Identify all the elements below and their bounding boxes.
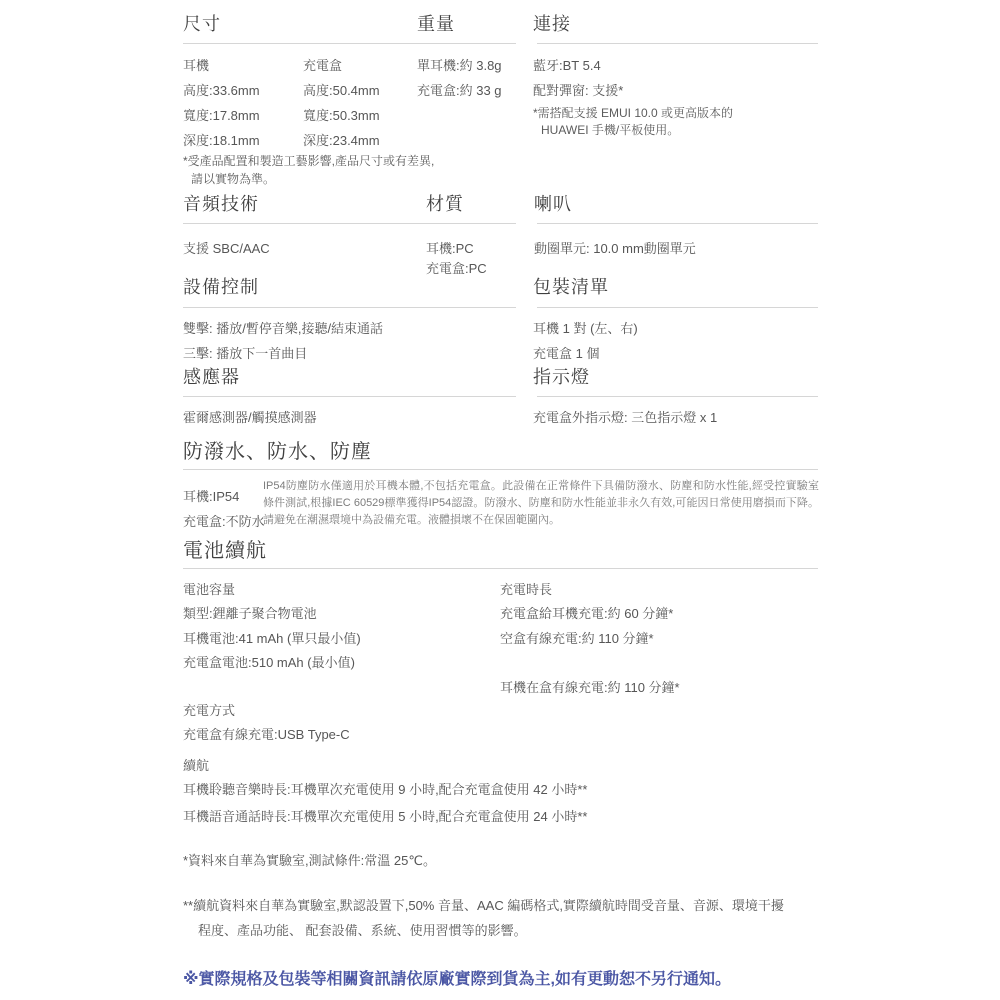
connectivity-note-line1: *需搭配支援 EMUI 10.0 或更高版本的: [533, 104, 733, 121]
battery-empty-case-wired: 空盒有線充電:約 110 分鐘*: [500, 628, 654, 647]
divider: [183, 568, 818, 569]
water-resistance-case: 充電盒:不防水: [183, 511, 265, 530]
dimensions-case-width: 寬度:50.3mm: [303, 105, 380, 124]
dimensions-footnote-line1: *受產品配置和製造工藝影響,產品尺寸或有差異,: [183, 152, 434, 169]
section-title-audio-tech: 音頻技術: [183, 190, 259, 216]
battery-charge-method: 充電盒有線充電:USB Type-C: [183, 724, 350, 743]
material-case: 充電盒:PC: [426, 258, 487, 277]
divider: [537, 307, 818, 308]
battery-earbud-in-case-wired: 耳機在盒有線充電:約 110 分鐘*: [500, 677, 680, 696]
water-resistance-earbud: 耳機:IP54: [183, 486, 239, 505]
section-title-weight: 重量: [417, 10, 455, 36]
device-control-double-tap: 雙擊: 播放/暫停音樂,接聽/結束通話: [183, 318, 383, 337]
section-title-dimensions: 尺寸: [183, 10, 221, 36]
section-title-device-control: 設備控制: [183, 273, 259, 299]
divider: [183, 43, 516, 44]
battery-music-time: 耳機聆聽音樂時長:耳機單次充電使用 9 小時,配合充電盒使用 42 小時**: [183, 779, 587, 798]
dimensions-earbud-label: 耳機: [183, 55, 209, 74]
section-title-speaker: 喇叭: [534, 190, 572, 216]
disclaimer-banner: ※實際規格及包裝等相關資訊請依原廠實際到貨為主,如有更動恕不另行通知。: [183, 966, 731, 989]
divider: [183, 469, 818, 470]
battery-call-time: 耳機語音通話時長:耳機單次充電使用 5 小時,配合充電盒使用 24 小時**: [183, 806, 587, 825]
weight-single-earbud: 單耳機:約 3.8g: [417, 55, 502, 74]
section-title-sensors: 感應器: [183, 363, 240, 389]
audio-tech-codec: 支援 SBC/AAC: [183, 238, 270, 257]
connectivity-note-line2: HUAWEI 手機/平板使用。: [541, 121, 679, 138]
dimensions-case-depth: 深度:23.4mm: [303, 130, 380, 149]
footnote-lab-conditions: *資料來自華為實驗室,測試條件:常溫 25℃。: [183, 850, 436, 869]
dimensions-case-height: 高度:50.4mm: [303, 80, 380, 99]
section-title-connectivity: 連接: [533, 10, 571, 36]
battery-earbud-capacity: 耳機電池:41 mAh (單只最小值): [183, 628, 361, 647]
package-contents-item1: 耳機 1 對 (左、右): [533, 318, 638, 337]
footnote-endurance-line2: 程度、產品功能、 配套設備、系統、使用習慣等的影響。: [198, 920, 527, 939]
speaker-driver: 動圈單元: 10.0 mm動圈單元: [534, 238, 696, 257]
device-control-triple-tap: 三擊: 播放下一首曲目: [183, 343, 307, 362]
battery-charge-method-label: 充電方式: [183, 700, 235, 719]
weight-case: 充電盒:約 33 g: [417, 80, 502, 99]
connectivity-bluetooth: 藍牙:BT 5.4: [533, 55, 601, 74]
section-title-package-contents: 包裝清單: [533, 273, 609, 299]
sensors-list: 霍爾感測器/觸摸感測器: [183, 407, 317, 426]
water-resistance-disclaimer: IP54防塵防水僅適用於耳機本體,不包括充電盒。此設備在正常條件下具備防潑水、防…: [263, 478, 819, 529]
dimensions-footnote-line2: 請以實物為準。: [191, 170, 275, 187]
divider: [183, 396, 516, 397]
divider: [537, 396, 818, 397]
material-earbud: 耳機:PC: [426, 238, 474, 257]
package-contents-item2: 充電盒 1 個: [533, 343, 599, 362]
product-spec-sheet: 尺寸 重量 連接 耳機 充電盒 高度:33.6mm 高度:50.4mm 寬度:1…: [0, 0, 1000, 1000]
dimensions-earbud-width: 寬度:17.8mm: [183, 105, 260, 124]
section-title-material: 材質: [426, 190, 464, 216]
divider: [183, 223, 516, 224]
divider: [537, 223, 818, 224]
battery-endurance-label: 續航: [183, 755, 209, 774]
battery-capacity-type: 類型:鋰離子聚合物電池: [183, 603, 317, 622]
dimensions-earbud-height: 高度:33.6mm: [183, 80, 260, 99]
indicator-case: 充電盒外指示燈: 三色指示燈 x 1: [533, 407, 717, 426]
divider: [537, 43, 818, 44]
dimensions-case-label: 充電盒: [303, 55, 342, 74]
dimensions-earbud-depth: 深度:18.1mm: [183, 130, 260, 149]
battery-capacity-label: 電池容量: [183, 579, 235, 598]
battery-case-charges-earbud: 充電盒給耳機充電:約 60 分鐘*: [500, 603, 673, 622]
section-title-indicator: 指示燈: [533, 363, 590, 389]
section-title-battery: 電池續航: [183, 534, 267, 563]
footnote-endurance-line1: **續航資料來自華為實驗室,默認設置下,50% 音量、AAC 編碼格式,實際續航…: [183, 895, 784, 914]
connectivity-pairing-popup: 配對彈窗: 支援*: [533, 80, 623, 99]
section-title-water-resistance: 防潑水、防水、防塵: [183, 435, 372, 464]
battery-case-capacity: 充電盒電池:510 mAh (最小值): [183, 652, 355, 671]
battery-charge-time-label: 充電時長: [500, 579, 552, 598]
divider: [183, 307, 516, 308]
